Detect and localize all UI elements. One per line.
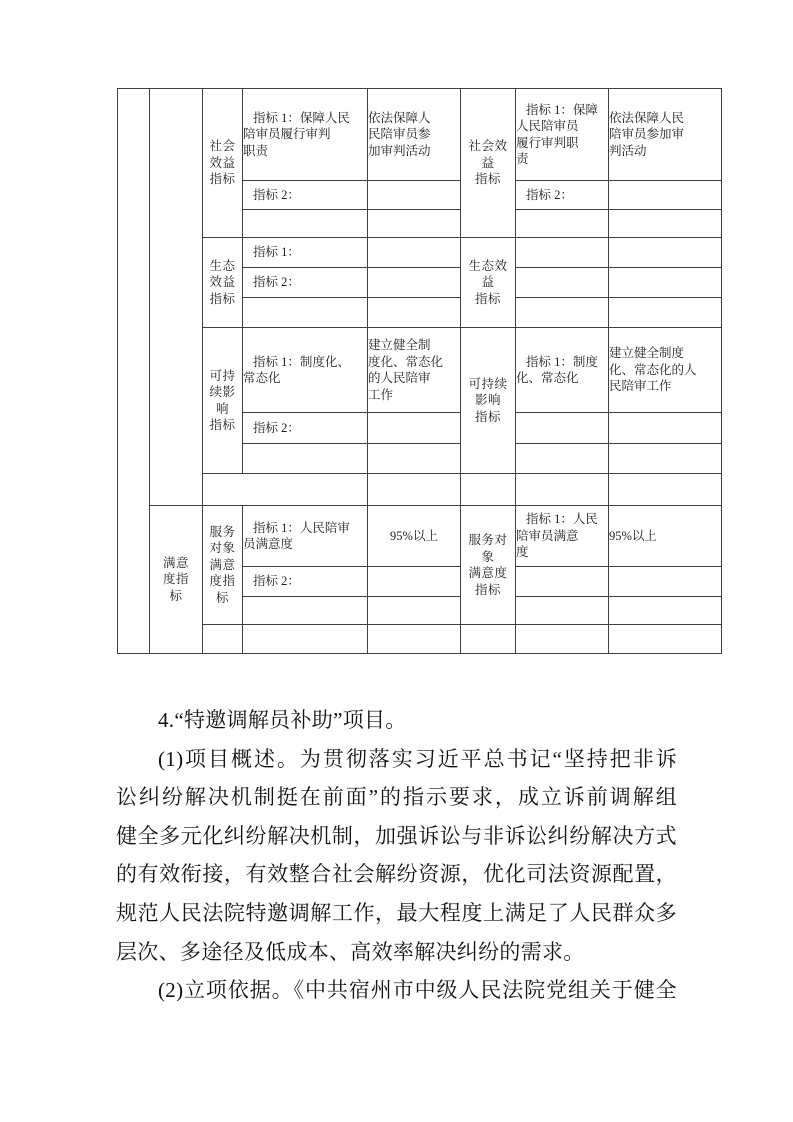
left-social-benefit-label: 社会 效益 指标 <box>203 89 243 238</box>
left-social-indicator2: 指标 2： <box>243 181 368 210</box>
empty-cell <box>516 413 609 444</box>
left-satisfaction-indicator2: 指标 2： <box>243 567 368 597</box>
empty-cell <box>609 567 722 597</box>
empty-cell <box>609 625 722 654</box>
right-social-indicator2: 指标 2： <box>516 181 609 210</box>
left-eco-indicator1: 指标 1： <box>243 238 368 268</box>
empty-cell <box>368 268 461 298</box>
empty-cell <box>243 597 368 625</box>
left-sustain-value1: 建立健全制 度化、常态化 的人民陪审 工作 <box>368 328 461 413</box>
right-satisfaction-value1: 95%以上 <box>609 506 722 567</box>
right-sustain-indicator1: 指标 1：制度 化、常态化 <box>516 328 609 413</box>
empty-cell <box>609 474 722 506</box>
left-sustain-indicator1: 指标 1：制度化、 常态化 <box>243 328 368 413</box>
left-eco-indicator2: 指标 2： <box>243 268 368 298</box>
empty-cell <box>461 474 516 506</box>
section-heading: 4.“特邀调解员补助”项目。 <box>116 701 677 740</box>
empty-cell <box>368 181 461 210</box>
right-eco-benefit-label: 生态效 益 指标 <box>461 238 516 328</box>
empty-cell <box>516 474 609 506</box>
document-page: 社会 效益 指标 指标 1：保障人民 陪审员履行审判 职责 依法保障人 民陪审员… <box>0 0 793 1122</box>
body-line: 讼纠纷解决机制挺在前面”的指示要求，成立诉前调解组织， <box>116 778 677 817</box>
empty-cell <box>243 625 368 654</box>
right-satisfaction-indicator1: 指标 1：人民 陪审员满意 度 <box>516 506 609 567</box>
body-line: (2)立项依据。《中共宿州市中级人民法院党组关于健全 <box>116 971 677 1010</box>
empty-cell <box>243 444 368 474</box>
empty-cell <box>150 89 203 506</box>
empty-cell <box>609 413 722 444</box>
empty-cell <box>609 181 722 210</box>
right-service-satisfaction-label: 服务对 象 满意度 指标 <box>461 506 516 625</box>
empty-cell <box>368 413 461 444</box>
empty-cell <box>609 444 722 474</box>
empty-cell <box>609 210 722 238</box>
empty-cell <box>203 625 243 654</box>
left-social-value1: 依法保障人 民陪审员参 加审判活动 <box>368 89 461 181</box>
left-satisfaction-value1: 95%以上 <box>368 506 461 567</box>
body-text-block: 4.“特邀调解员补助”项目。 (1)项目概述。为贯彻落实习近平总书记“坚持把非诉… <box>116 701 677 1010</box>
empty-cell <box>368 567 461 597</box>
empty-cell <box>609 298 722 328</box>
empty-cell <box>516 210 609 238</box>
empty-cell <box>368 210 461 238</box>
body-line: (1)项目概述。为贯彻落实习近平总书记“坚持把非诉 <box>116 740 677 779</box>
body-line: 层次、多途径及低成本、高效率解决纠纷的需求。 <box>116 933 677 972</box>
left-social-indicator1: 指标 1：保障人民 陪审员履行审判 职责 <box>243 89 368 181</box>
left-eco-benefit-label: 生态 效益 指标 <box>203 238 243 328</box>
body-line: 健全多元化纠纷解决机制，加强诉讼与非诉讼纠纷解决方式 <box>116 817 677 856</box>
empty-cell <box>368 238 461 268</box>
right-sustain-impact-label: 可持续 影响 指标 <box>461 328 516 474</box>
empty-cell <box>243 298 368 328</box>
empty-cell <box>368 298 461 328</box>
empty-cell <box>243 210 368 238</box>
empty-cell <box>516 625 609 654</box>
performance-indicators-table: 社会 效益 指标 指标 1：保障人民 陪审员履行审判 职责 依法保障人 民陪审员… <box>117 88 722 654</box>
right-social-value1: 依法保障人民 陪审员参加审 判活动 <box>609 89 722 181</box>
empty-cell <box>368 474 461 506</box>
body-line: 的有效衔接，有效整合社会解纷资源，优化司法资源配置， <box>116 855 677 894</box>
empty-cell <box>516 444 609 474</box>
left-service-satisfaction-label: 服务 对象 满意 度指 标 <box>203 506 243 625</box>
right-sustain-value1: 建立健全制度 化、常态化的人 民陪审工作 <box>609 328 722 413</box>
empty-cell <box>516 567 609 597</box>
left-satisfaction-outer-label: 满意 度指 标 <box>150 506 203 654</box>
empty-cell <box>118 89 150 654</box>
right-social-indicator1: 指标 1：保障 人民陪审员 履行审判职 责 <box>516 89 609 181</box>
empty-cell <box>461 625 516 654</box>
empty-cell <box>516 238 609 268</box>
empty-cell <box>516 597 609 625</box>
empty-cell <box>516 298 609 328</box>
empty-cell <box>516 268 609 298</box>
empty-cell <box>368 444 461 474</box>
empty-cell <box>609 268 722 298</box>
left-satisfaction-indicator1: 指标 1：人民陪审 员满意度 <box>243 506 368 567</box>
left-sustain-indicator2: 指标 2： <box>243 413 368 444</box>
right-social-benefit-label: 社会效 益 指标 <box>461 89 516 238</box>
body-line: 规范人民法院特邀调解工作，最大程度上满足了人民群众多 <box>116 894 677 933</box>
empty-cell <box>203 474 368 506</box>
empty-cell <box>368 625 461 654</box>
empty-cell <box>609 238 722 268</box>
left-sustain-impact-label: 可持 续影 响 指标 <box>203 328 243 474</box>
empty-cell <box>368 597 461 625</box>
empty-cell <box>609 597 722 625</box>
